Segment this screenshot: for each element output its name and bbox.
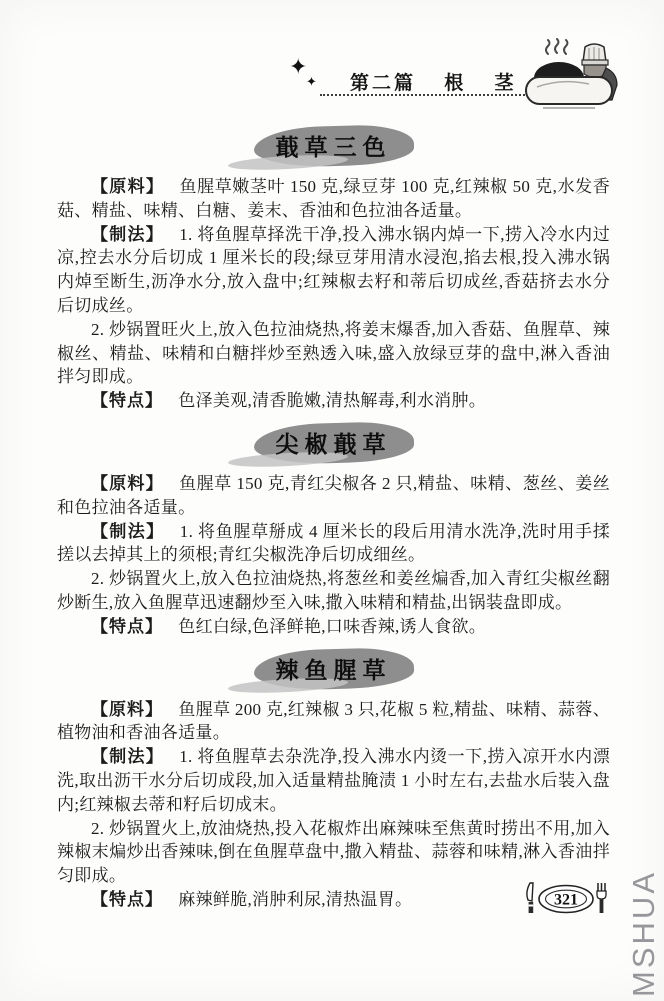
recipe-section-3: 辣鱼腥草 【原料】鱼腥草 200 克,红辣椒 3 只,花椒 5 粒,精盐、味精、…: [57, 649, 610, 912]
ingredients-paragraph: 【原料】鱼腥草 200 克,红辣椒 3 只,花椒 5 粒,精盐、味精、蒜蓉、植物…: [57, 698, 610, 746]
recipe-title: 尖椒蕺草: [276, 431, 392, 457]
features-text: 色红白绿,色泽鲜艳,口味香辣,诱人食欲。: [178, 617, 486, 636]
features-label: 【特点】: [91, 391, 178, 410]
method-step2-text: 2. 炒锅置旺火上,放入色拉油烧热,将姜末爆香,加入香菇、鱼腥草、辣椒丝、精盐、…: [57, 320, 610, 387]
features-paragraph: 【特点】色红白绿,色泽鲜艳,口味香辣,诱人食欲。: [57, 615, 610, 639]
method-step1-paragraph: 【制法】1. 将鱼腥草掰成 4 厘米长的段后用清水洗净,洗时用手揉搓以去掉其上的…: [57, 520, 610, 568]
features-text: 麻辣鲜脆,消肿利尿,清热温胃。: [178, 890, 412, 909]
recipe-title-banner: 辣鱼腥草: [254, 649, 414, 689]
method-step2-paragraph: 2. 炒锅置火上,放油烧热,投入花椒炸出麻辣味至焦黄时捞出不用,加入辣椒末煸炒出…: [57, 817, 610, 888]
watermark: MSHUA: [626, 870, 662, 997]
recipe-title: 辣鱼腥草: [276, 657, 392, 683]
sparkle-icon: ✦: [289, 54, 307, 80]
method-step2-paragraph: 2. 炒锅置旺火上,放入色拉油烧热,将姜末爆香,加入香菇、鱼腥草、辣椒丝、精盐、…: [57, 318, 610, 389]
ingredients-paragraph: 【原料】鱼腥草嫩茎叶 150 克,绿豆芽 100 克,红辣椒 50 克,水发香菇…: [57, 175, 610, 223]
ingredients-label: 【原料】: [91, 474, 179, 493]
sparkle-icon-small: ✦: [306, 74, 317, 90]
chef-with-dish-icon: [521, 38, 621, 112]
features-text: 色泽美观,清香脆嫩,清热解毒,利水消肿。: [178, 391, 486, 410]
knife-icon: [527, 883, 533, 913]
recipe-title-banner: 蕺草三色: [254, 126, 414, 166]
features-paragraph: 【特点】色泽美观,清香脆嫩,清热解毒,利水消肿。: [57, 389, 610, 413]
method-step1-paragraph: 【制法】1. 将鱼腥草去杂洗净,投入沸水内烫一下,捞入凉开水内漂洗,取出沥干水分…: [57, 745, 610, 816]
recipe-title-banner: 尖椒蕺草: [254, 423, 414, 463]
book-page: ✦ ✦ 第二篇 根 茎: [0, 0, 664, 1001]
features-label: 【特点】: [91, 617, 178, 636]
page-number-badge: 321: [520, 880, 612, 923]
page-header: ✦ ✦ 第二篇 根 茎: [0, 0, 664, 120]
ingredients-label: 【原料】: [91, 700, 178, 719]
recipe-title: 蕺草三色: [276, 134, 392, 160]
chapter-title: 第二篇 根 茎: [350, 68, 517, 95]
method-step2-text: 2. 炒锅置火上,放油烧热,投入花椒炸出麻辣味至焦黄时捞出不用,加入辣椒末煸炒出…: [57, 819, 610, 886]
ingredients-label: 【原料】: [91, 177, 180, 196]
features-label: 【特点】: [91, 890, 178, 909]
ingredients-paragraph: 【原料】鱼腥草 150 克,青红尖椒各 2 只,精盐、味精、葱丝、姜丝和色拉油各…: [57, 472, 610, 520]
page-content: 蕺草三色 【原料】鱼腥草嫩茎叶 150 克,绿豆芽 100 克,红辣椒 50 克…: [0, 0, 664, 912]
recipe-section-2: 尖椒蕺草 【原料】鱼腥草 150 克,青红尖椒各 2 只,精盐、味精、葱丝、姜丝…: [57, 423, 610, 639]
method-step2-paragraph: 2. 炒锅置火上,放入色拉油烧热,将葱丝和姜丝煸香,加入青红尖椒丝翻炒断生,放入…: [57, 567, 610, 615]
recipe-section-1: 蕺草三色 【原料】鱼腥草嫩茎叶 150 克,绿豆芽 100 克,红辣椒 50 克…: [57, 126, 610, 413]
method-label: 【制法】: [91, 747, 179, 766]
method-label: 【制法】: [91, 522, 180, 541]
method-step1-paragraph: 【制法】1. 将鱼腥草择洗干净,投入沸水锅内焯一下,捞入冷水内过凉,控去水分后切…: [57, 223, 610, 318]
fork-icon: [597, 883, 606, 913]
page-number: 321: [554, 892, 578, 909]
method-label: 【制法】: [91, 225, 179, 244]
method-step2-text: 2. 炒锅置火上,放入色拉油烧热,将葱丝和姜丝煸香,加入青红尖椒丝翻炒断生,放入…: [57, 569, 610, 612]
